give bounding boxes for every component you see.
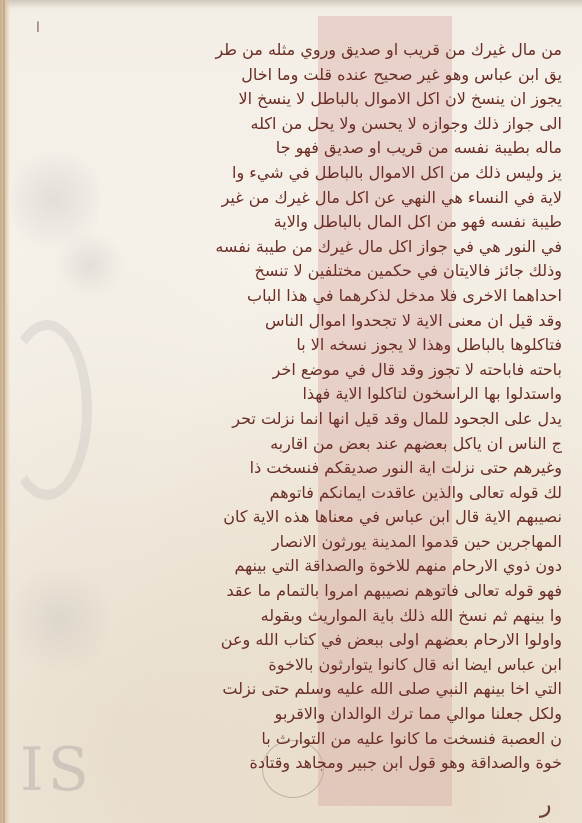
- text-line: المهاجرين حين قدموا المدينة يورثون الانص…: [100, 530, 562, 555]
- page-top-edge: [0, 0, 582, 8]
- text-line: في النور هي في جواز اكل مال غيرك من طيبة…: [100, 235, 562, 260]
- manuscript-page: IS ا من مال غيرك من قريب او صديق وروي مث…: [0, 0, 582, 823]
- text-line: خوة والصداقة وهو قول ابن جبير ومجاهد وقت…: [100, 751, 562, 776]
- text-line: طيبة نفسه فهو من اكل المال بالباطل والاي…: [100, 210, 562, 235]
- binding-line: [3, 0, 5, 823]
- text-line: يز وليس ذلك من اكل الاموال بالباطل في شي…: [100, 161, 562, 186]
- text-line: يجوز ان ينسخ لان اكل الاموال بالباطل لا …: [100, 87, 562, 112]
- text-line: لك قوله تعالى والذين عاقدت ايمانكم فاتوه…: [100, 481, 562, 506]
- margin-mark-top: ا: [36, 20, 40, 36]
- text-line: يدل على الجحود للمال وقد قيل انها انما ن…: [100, 407, 562, 432]
- text-line: وا بينهم ثم نسخ الله ذلك باية المواريث و…: [100, 604, 562, 629]
- text-line: من مال غيرك من قريب او صديق وروي مثله من…: [100, 38, 562, 63]
- manuscript-text: من مال غيرك من قريب او صديق وروي مثله من…: [100, 38, 562, 776]
- margin-mark-bottom: ر: [540, 790, 552, 818]
- text-line: التي اخا بينهم النبي صلى الله عليه وسلم …: [100, 677, 562, 702]
- text-line: احداهما الاخرى فلا مدخل لذكرهما في هذا ا…: [100, 284, 562, 309]
- text-line: باحته فاباحته لا تجوز وقد قال في موضع اخ…: [100, 358, 562, 383]
- text-line: ج الناس ان ياكل بعضهم عند بعض من اقاربه: [100, 432, 562, 457]
- text-line: فهو قوله تعالى فاتوهم نصيبهم امروا بالتم…: [100, 579, 562, 604]
- text-line: ن العصبة فنسخت ما كانوا عليه من التوارث …: [100, 727, 562, 752]
- text-line: واستدلوا بها الراسخون لتاكلوا الاية فهذا: [100, 382, 562, 407]
- text-line: ولكل جعلنا موالي مما ترك الوالدان والاقر…: [100, 702, 562, 727]
- watermark-crescent-icon: [2, 320, 92, 500]
- text-line: وغيرهم حتى نزلت اية النور صديقكم فنسخت ذ…: [100, 456, 562, 481]
- text-line: واولوا الارحام بعضهم اولى ببعض في كتاب ا…: [100, 628, 562, 653]
- binding-edge: [0, 0, 10, 823]
- text-line: وذلك جائز فالايتان في حكمين مختلفين لا ت…: [100, 259, 562, 284]
- watermark-blot: [10, 140, 100, 260]
- text-line: ماله بطيبة نفسه من قريب او صديق فهو جا: [100, 136, 562, 161]
- text-line: لاية في النساء هي النهي عن اكل مال غيرك …: [100, 186, 562, 211]
- text-line: نصيبهم الاية قال ابن عباس في معناها هذه …: [100, 505, 562, 530]
- text-line: ابن عباس ايضا انه قال كانوا يتوارثون بال…: [100, 653, 562, 678]
- text-line: دون ذوي الارحام منهم للاخوة والصداقة الت…: [100, 554, 562, 579]
- text-line: فتاكلوها بالباطل وهذا لا يجوز نسخه الا ب…: [100, 333, 562, 358]
- text-line: الى جواز ذلك وجوازه لا يحسن ولا يحل من ا…: [100, 112, 562, 137]
- text-line: وقد قيل ان معنى الاية لا تجحدوا اموال ال…: [100, 309, 562, 334]
- watermark-letters: IS: [20, 735, 93, 805]
- text-line: يق ابن عباس وهو غير صحيح عنده قلت وما اخ…: [100, 63, 562, 88]
- watermark-blot: [10, 560, 110, 680]
